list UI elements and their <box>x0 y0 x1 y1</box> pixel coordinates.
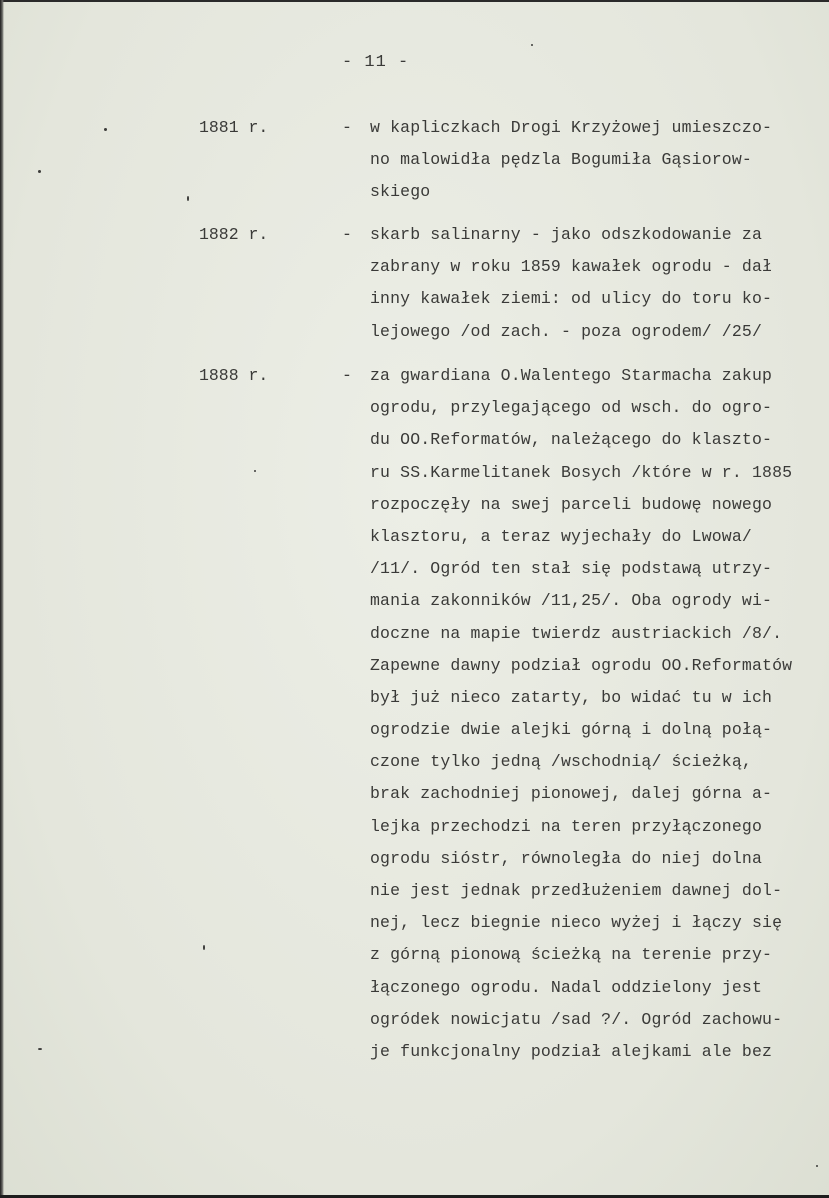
text-line: łączonego ogrodu. Nadal oddzielony jest <box>370 978 810 1010</box>
text-line: w kapliczkach Drogi Krzyżowej umieszczo- <box>370 118 810 150</box>
speck-mark <box>816 1165 818 1167</box>
text-line: ru SS.Karmelitanek Bosych /które w r. 18… <box>370 463 810 495</box>
text-line: Zapewne dawny podział ogrodu OO.Reformat… <box>370 656 810 688</box>
text-line: nie jest jednak przedłużeniem dawnej dol… <box>370 881 810 913</box>
text-line: skiego <box>370 182 810 214</box>
entry-text: skarb salinarny - jako odszkodowanie za … <box>370 225 810 354</box>
text-line: ogrodu sióstr, równoległa do niej dolna <box>370 849 810 881</box>
text-line: inny kawałek ziemi: od ulicy do toru ko- <box>370 289 810 321</box>
speck-mark <box>38 1048 42 1050</box>
scan-edge-left <box>0 0 4 1198</box>
entry-year: 1882 r. <box>199 225 268 244</box>
speck-mark <box>531 44 533 46</box>
entry-dash: - <box>342 225 352 244</box>
text-line: ogródek nowicjatu /sad ?/. Ogród zachowu… <box>370 1010 810 1042</box>
text-line: no malowidła pędzla Bogumiła Gąsiorow- <box>370 150 810 182</box>
text-line: zabrany w roku 1859 kawałek ogrodu - dał <box>370 257 810 289</box>
text-line: skarb salinarny - jako odszkodowanie za <box>370 225 810 257</box>
entry-text: za gwardiana O.Walentego Starmacha zakup… <box>370 366 810 1074</box>
text-line: /11/. Ogród ten stał się podstawą utrzy- <box>370 559 810 591</box>
text-line: z górną pionową ścieżką na terenie przy- <box>370 945 810 977</box>
scan-edge-top <box>0 0 829 2</box>
text-line: lejowego /od zach. - poza ogrodem/ /25/ <box>370 322 810 354</box>
text-line: był już nieco zatarty, bo widać tu w ich <box>370 688 810 720</box>
speck-mark <box>203 945 205 950</box>
entry-year: 1888 r. <box>199 366 268 385</box>
text-line: lejka przechodzi na teren przyłączonego <box>370 817 810 849</box>
text-line: klasztoru, a teraz wyjechały do Lwowa/ <box>370 527 810 559</box>
entry-text: w kapliczkach Drogi Krzyżowej umieszczo-… <box>370 118 810 215</box>
speck-mark <box>254 470 256 472</box>
entry-dash: - <box>342 118 352 137</box>
scanned-page: - 11 - 1881 r. - w kapliczkach Drogi Krz… <box>0 0 829 1198</box>
text-line: ogrodu, przylegającego od wsch. do ogro- <box>370 398 810 430</box>
speck-mark <box>104 128 107 131</box>
text-line: du OO.Reformatów, należącego do klaszto- <box>370 430 810 462</box>
text-line: ogrodzie dwie alejki górną i dolną połą- <box>370 720 810 752</box>
text-line: brak zachodniej pionowej, dalej górna a- <box>370 784 810 816</box>
entry-dash: - <box>342 366 352 385</box>
text-line: czone tylko jedną /wschodnią/ ścieżką, <box>370 752 810 784</box>
text-line: mania zakonników /11,25/. Oba ogrody wi- <box>370 591 810 623</box>
text-line: za gwardiana O.Walentego Starmacha zakup <box>370 366 810 398</box>
speck-mark <box>187 196 189 201</box>
text-line: je funkcjonalny podział alejkami ale bez <box>370 1042 810 1074</box>
entry-year: 1881 r. <box>199 118 268 137</box>
text-line: nej, lecz biegnie nieco wyżej i łączy si… <box>370 913 810 945</box>
text-line: rozpoczęły na swej parceli budowę nowego <box>370 495 810 527</box>
speck-mark <box>38 170 41 173</box>
page-number: - 11 - <box>342 53 409 72</box>
text-line: doczne na mapie twierdz austriackich /8/… <box>370 624 810 656</box>
